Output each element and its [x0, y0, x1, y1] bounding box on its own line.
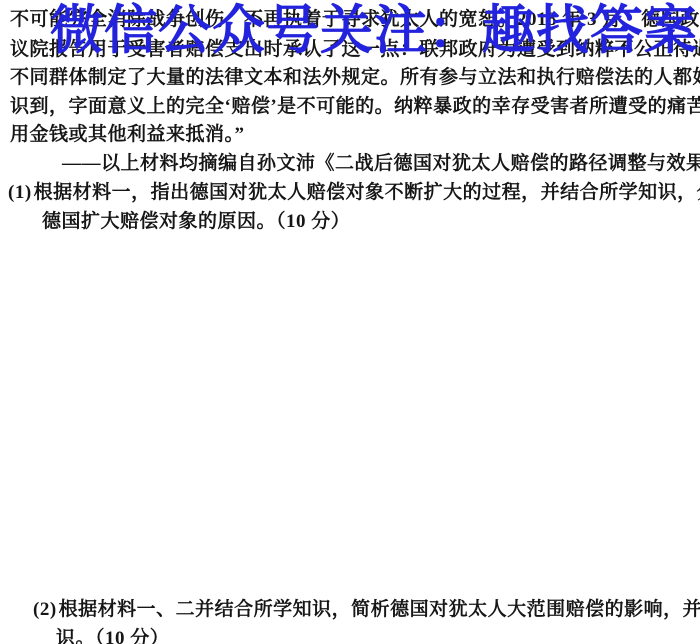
- material-text-line: 识到，字面意义上的完全‘赔偿’是不可能的。纳粹暴政的幸存受害者所遭受的痛苦无法: [10, 95, 696, 119]
- source-attribution: ——以上材料均摘编自孙文沛《二战后德国对犹太人赔偿的路径调整与效果评估》: [62, 152, 700, 176]
- exam-page-scan: 不可能完全消除战争创伤，不再执着于寻求犹太人的宽恕。2018 年 3 月，德国政…: [0, 0, 700, 644]
- question-1-line-2: 德国扩大赔偿对象的原因。（10 分）: [42, 210, 350, 234]
- question-2-number: (2): [33, 599, 57, 620]
- question-1-line-1: (1)根据材料一，指出德国对犹太人赔偿对象不断扩大的过程，并结合所学知识，分析导…: [8, 181, 700, 205]
- material-text-line: 不可能完全消除战争创伤，不再执着于寻求犹太人的宽恕。2018 年 3 月，德国政…: [10, 8, 696, 32]
- question-2-line-2: 识。（10 分）: [56, 627, 169, 644]
- question-2-line-1: (2)根据材料一、二并结合所学知识，简析德国对犹太人大范围赔偿的影响，并谈谈你的…: [33, 598, 700, 622]
- question-1-text: 根据材料一，指出德国对犹太人赔偿对象不断扩大的过程，并结合所学知识，分析导致: [34, 182, 700, 203]
- material-text-line: 用金钱或其他利益来抵消。”: [10, 123, 696, 147]
- question-2-text: 根据材料一、二并结合所学知识，简析德国对犹太人大范围赔偿的影响，并谈谈你的认: [59, 599, 700, 620]
- material-text-line: 不同群体制定了大量的法律文本和法外规定。所有参与立法和执行赔偿法的人都始终意: [10, 66, 696, 90]
- question-1-number: (1): [8, 182, 32, 203]
- material-text-line: 议院报告用于受害者赔偿支出时承认了这一点：联邦政府为遭受到纳粹不公正待遇的: [10, 38, 696, 62]
